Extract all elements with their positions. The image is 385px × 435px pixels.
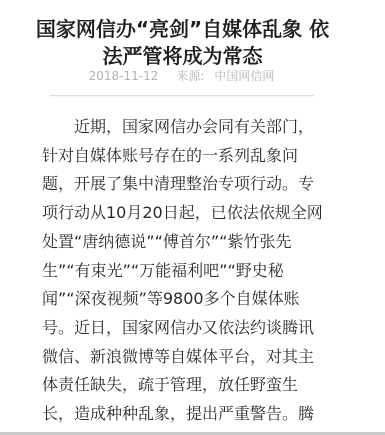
body-line: 题，开展了集中清理整治专项行动。专 xyxy=(42,170,327,199)
body-line: 长，造成种种乱象，提出严重警告。腾 xyxy=(42,400,327,429)
body-line: 闻”“深夜视频”等9800多个自媒体账 xyxy=(42,285,327,314)
article-meta: 2018-11-12来源:中国网信网 xyxy=(50,67,313,85)
publish-date: 2018-11-12 xyxy=(89,69,159,83)
meta-divider xyxy=(50,95,314,96)
body-line: 号。近日，国家网信办又依法约谈腾讯 xyxy=(42,314,327,343)
body-line: 微信、新浪微博等自媒体平台，对其主 xyxy=(42,343,327,372)
source-name: 中国网信网 xyxy=(214,69,274,83)
article-body: 近期，国家网信办会同有关部门， 针对自媒体账号存在的一系列乱象问 题，开展了集中… xyxy=(42,113,327,429)
title-line-1: 国家网信办“亮剑”自媒体乱象 依 xyxy=(30,16,335,43)
article-title: 国家网信办“亮剑”自媒体乱象 依 法严管将成为常态 xyxy=(30,16,335,70)
body-line: 生”“有束光”“万能福利吧”“野史秘 xyxy=(42,257,327,286)
article: 国家网信办“亮剑”自媒体乱象 依 法严管将成为常态 2018-11-12来源:中… xyxy=(0,0,385,433)
body-line: 项行动从10月20日起，已依法依规全网 xyxy=(42,199,327,228)
body-line: 处置“唐纳德说”“傅首尔”“紫竹张先 xyxy=(42,228,327,257)
body-line: 针对自媒体账号存在的一系列乱象问 xyxy=(42,142,327,171)
body-line: 近期，国家网信办会同有关部门， xyxy=(42,113,327,142)
body-line: 体责任缺失，疏于管理，放任野蛮生 xyxy=(42,371,327,400)
source-label: 来源: xyxy=(176,69,204,83)
